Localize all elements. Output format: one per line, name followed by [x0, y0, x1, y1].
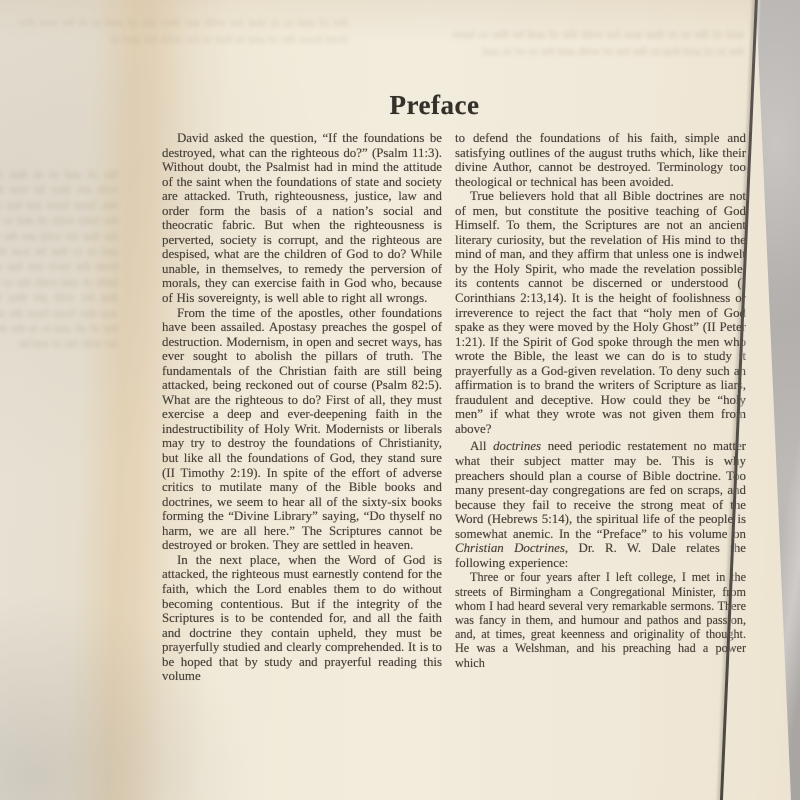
paragraph: True believers hold that all Bible doctr…: [455, 189, 746, 436]
paragraph: From the time of the apostles, other fou…: [162, 306, 442, 553]
text-column-left: David asked the question, “If the founda…: [162, 131, 442, 800]
paragraph: David asked the question, “If the founda…: [162, 131, 442, 306]
page-title: Preface: [143, 90, 726, 121]
facing-page-show-through: the of and to in that for with are they …: [0, 168, 118, 353]
book-page: the of and to in that for with are they …: [0, 0, 800, 800]
paragraph: In the next place, when the Word of God …: [162, 553, 442, 684]
show-through-text-top-right: and of the to in that was for with the o…: [452, 26, 744, 59]
show-through-text-top-left: the of and to in that for with are they …: [18, 14, 348, 48]
paragraph: All doctrines need periodic restatement …: [455, 439, 746, 570]
paragraph: to defend the foundations of his faith, …: [455, 131, 746, 189]
text-column-right: to defend the foundations of his faith, …: [455, 131, 746, 800]
book-page-photo: the of and to in that for with are they …: [0, 0, 800, 800]
block-quote: Three or four years after I left college…: [455, 570, 746, 669]
